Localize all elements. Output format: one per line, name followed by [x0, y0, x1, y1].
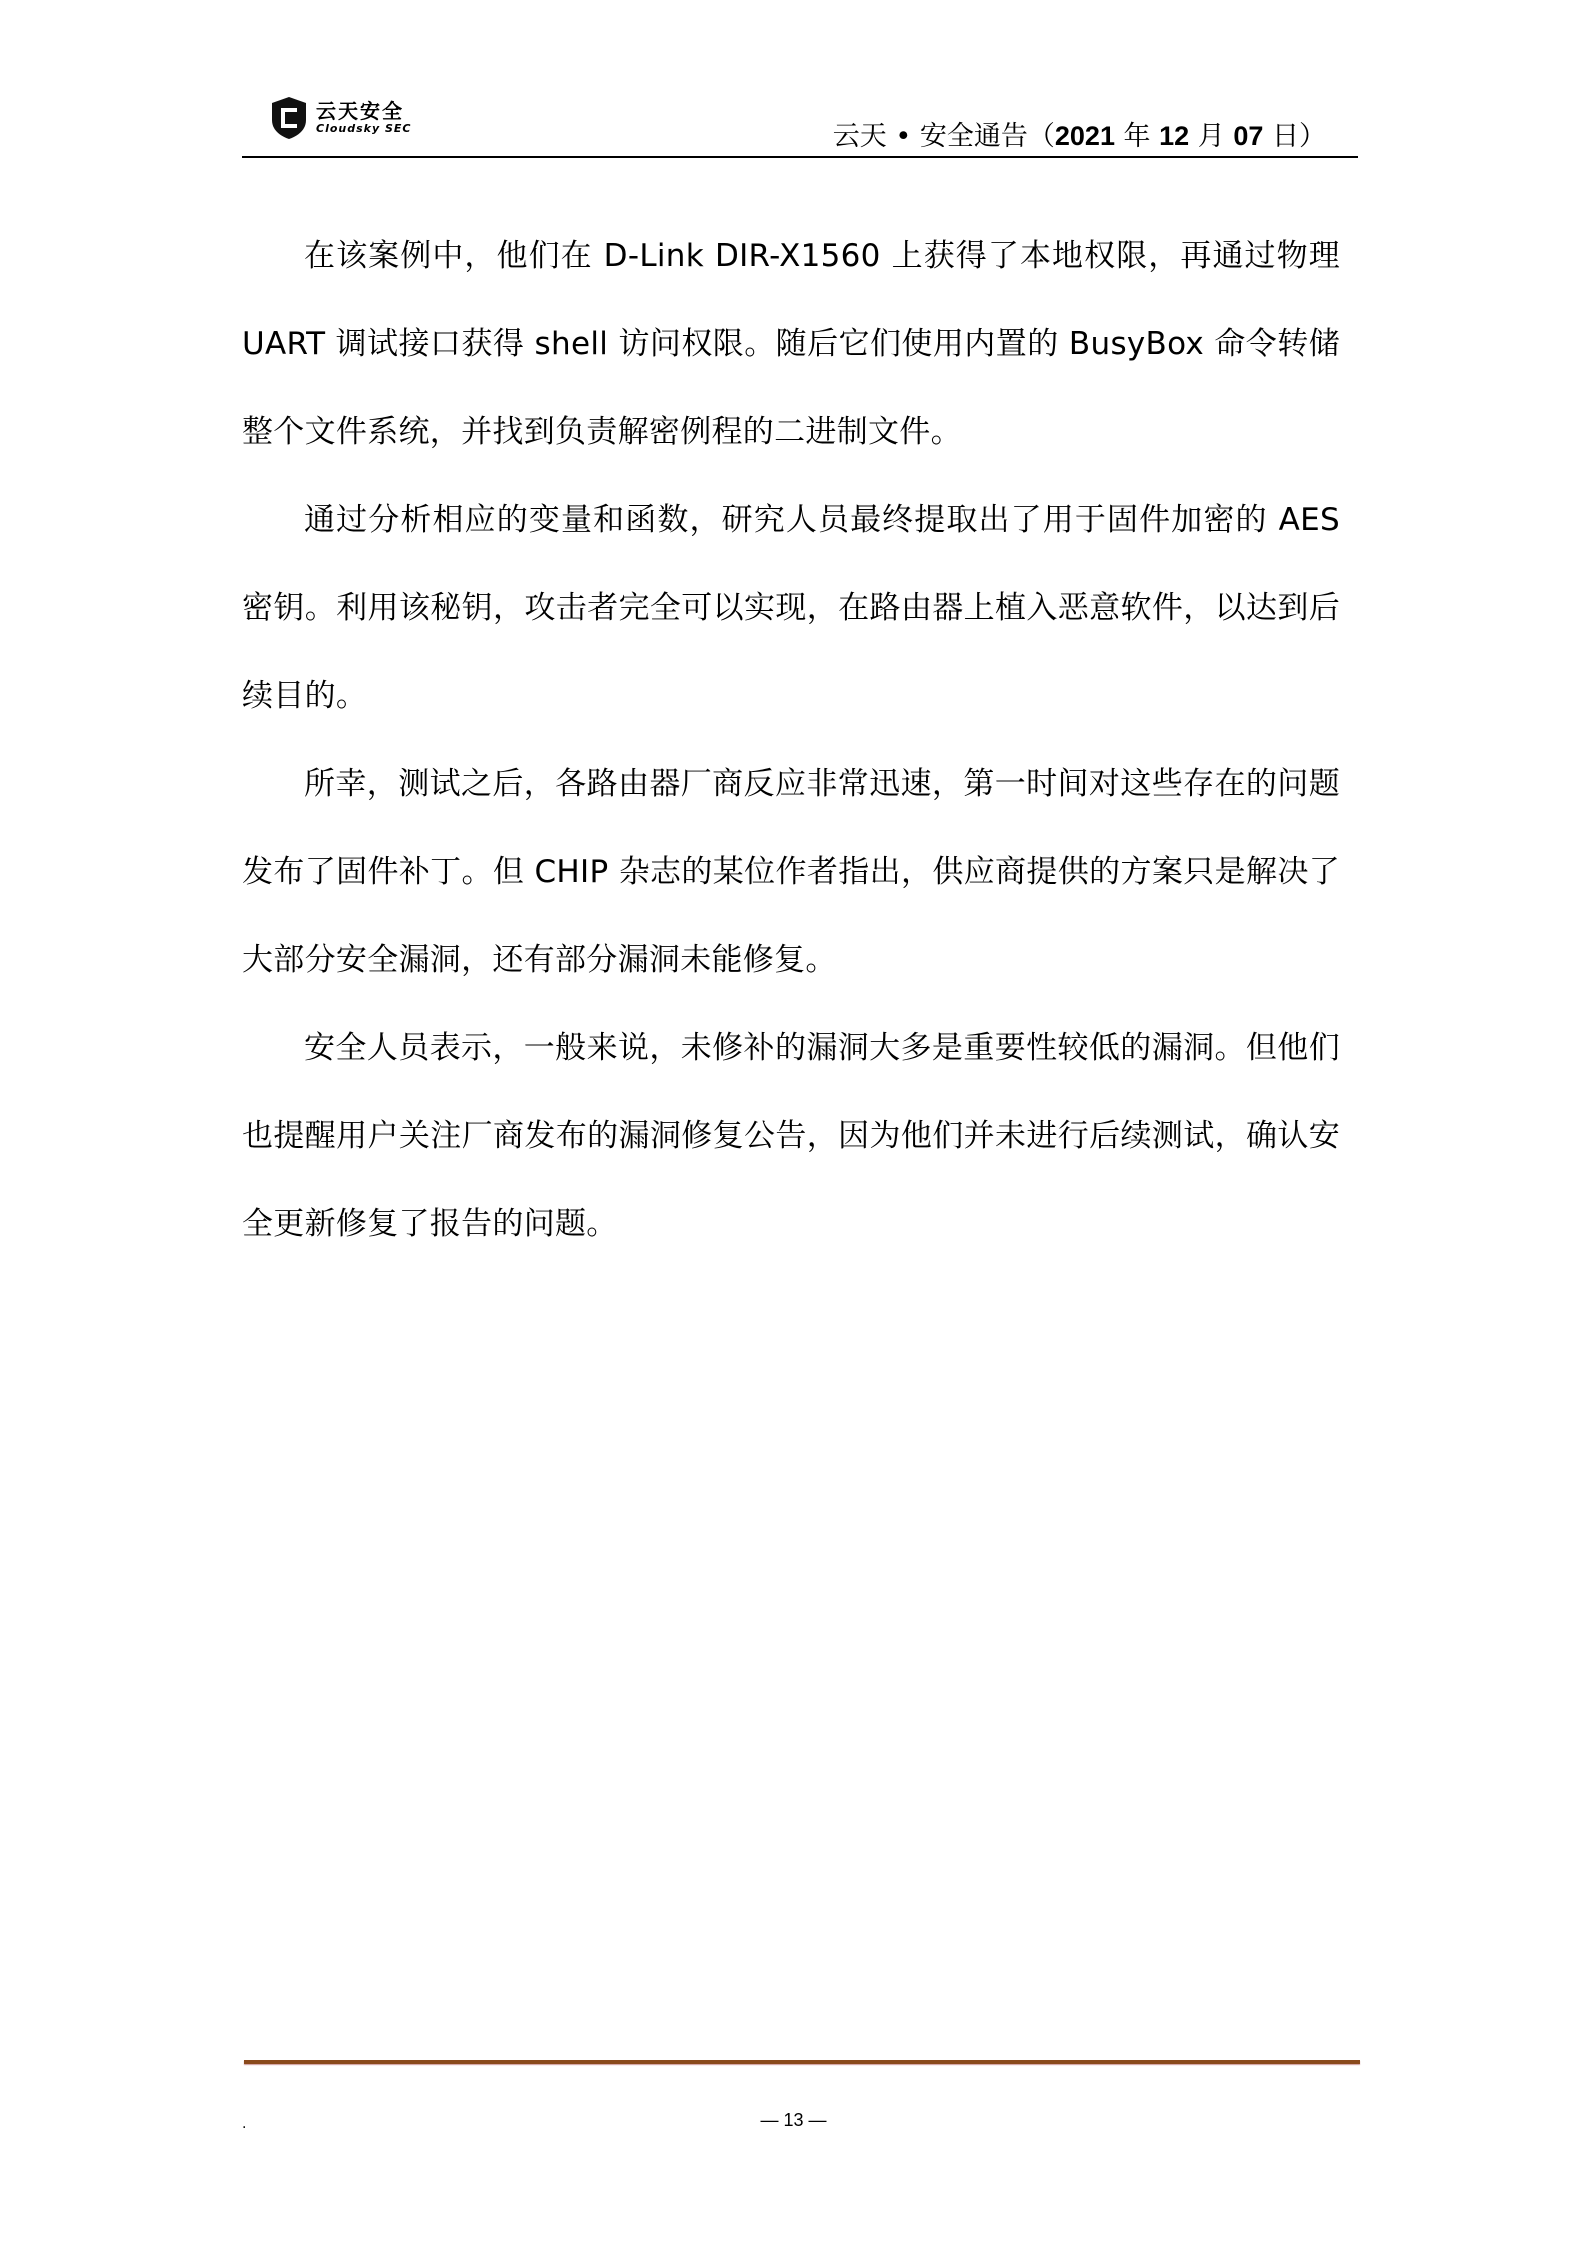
month-unit: 月	[1189, 121, 1233, 152]
day-unit: 日）	[1263, 121, 1326, 152]
day: 07	[1233, 121, 1263, 151]
paragraph: 所幸，测试之后，各路由器厂商反应非常迅速，第一时间对这些存在的问题发布了固件补丁…	[242, 740, 1340, 1004]
logo-en-text: Cloudsky SEC	[316, 122, 411, 136]
paragraph: 在该案例中，他们在 D-Link DIR-X1560 上获得了本地权限，再通过物…	[242, 212, 1340, 476]
logo-cn-text: 云天安全	[316, 100, 411, 122]
document-body: 在该案例中，他们在 D-Link DIR-X1560 上获得了本地权限，再通过物…	[242, 212, 1340, 1268]
paragraph: 安全人员表示，一般来说，未修补的漏洞大多是重要性较低的漏洞。但他们也提醒用户关注…	[242, 1004, 1340, 1268]
year-unit: 年	[1115, 121, 1159, 152]
header-divider	[242, 156, 1358, 158]
bulletin-title: 云天 • 安全通告（2021 年 12 月 07 日）	[833, 114, 1326, 153]
cloudsky-logo: 云天安全 Cloudsky SEC	[270, 96, 411, 140]
year: 2021	[1055, 121, 1115, 151]
paragraph: 通过分析相应的变量和函数，研究人员最终提取出了用于固件加密的 AES 密钥。利用…	[242, 476, 1340, 740]
page-header: 云天安全 Cloudsky SEC 云天 • 安全通告（2021 年 12 月 …	[242, 88, 1358, 160]
footer-divider	[244, 2060, 1360, 2064]
shield-c-icon	[270, 96, 308, 140]
month: 12	[1159, 121, 1189, 151]
title-prefix: 云天 • 安全通告（	[833, 121, 1055, 152]
page-number: — 13 —	[0, 2110, 1587, 2131]
